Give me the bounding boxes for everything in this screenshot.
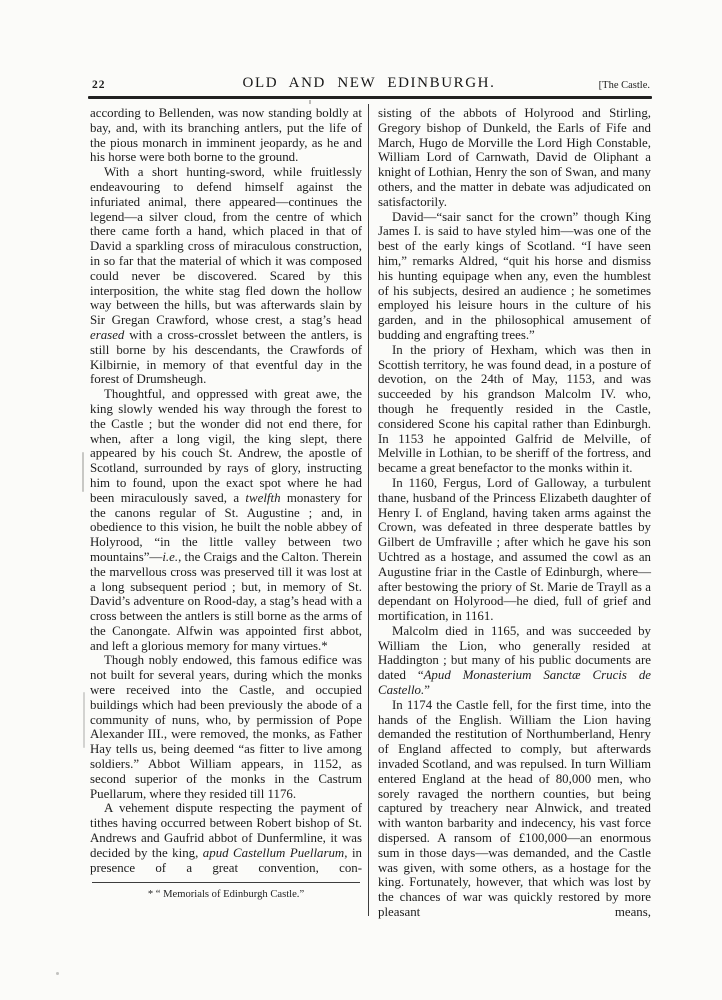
text-run: In the priory of Hexham, which was then … — [378, 343, 651, 475]
book-page: 22 OLD AND NEW EDINBURGH. [The Castle. a… — [0, 0, 722, 1000]
running-title: OLD AND NEW EDINBURGH. — [88, 75, 650, 92]
footnote-separator — [92, 882, 360, 883]
paragraph: Thoughtful, and oppressed with great awe… — [90, 387, 362, 653]
paragraph: In 1160, Fergus, Lord of Galloway, a tur… — [378, 476, 651, 624]
paragraph: according to Bellenden, was now standing… — [90, 106, 362, 165]
running-note: [The Castle. — [599, 80, 650, 91]
scan-artifact — [82, 452, 84, 492]
italic-text-run: twelfth — [245, 491, 280, 505]
paragraph: In the priory of Hexham, which was then … — [378, 343, 651, 476]
text-run: according to Bellenden, was now standing… — [90, 106, 362, 164]
scan-artifact — [83, 692, 85, 748]
left-column: according to Bellenden, was now standing… — [90, 106, 362, 903]
text-run: with a cross-crosslet between the antler… — [90, 328, 362, 386]
column-divider — [368, 104, 369, 916]
text-run: sisting of the abbots of Holyrood and St… — [378, 106, 651, 209]
text-run: In 1174 the Castle fell, for the first t… — [378, 698, 651, 919]
text-run: In 1160, Fergus, Lord of Galloway, a tur… — [378, 476, 651, 623]
italic-text-run: apud Castellum Puellarum — [203, 846, 344, 860]
text-run: David—“sair sanct for the crown” though … — [378, 210, 651, 342]
italic-text-run: erased — [90, 328, 124, 342]
footnote: * “ Memorials of Edinburgh Castle.” — [90, 888, 362, 903]
paragraph: sisting of the abbots of Holyrood and St… — [378, 106, 651, 210]
paragraph: Malcolm died in 1165, and was succeeded … — [378, 624, 651, 698]
italic-text-run: i.e. — [162, 550, 178, 564]
paragraph: A vehement dispute respecting the paymen… — [90, 801, 362, 875]
paragraph: With a short hunting-sword, while fruitl… — [90, 165, 362, 387]
running-head: 22 OLD AND NEW EDINBURGH. [The Castle. — [88, 70, 650, 94]
scan-artifact — [56, 972, 59, 975]
scan-artifact — [309, 100, 311, 104]
paragraph: In 1174 the Castle fell, for the first t… — [378, 698, 651, 920]
paragraph: David—“sair sanct for the crown” though … — [378, 210, 651, 343]
right-column: sisting of the abbots of Holyrood and St… — [378, 106, 651, 920]
text-run: With a short hunting-sword, while fruitl… — [90, 165, 362, 327]
text-run: , the Craigs and the Calton. Therein the… — [90, 550, 362, 653]
paragraph: Though nobly endowed, this famous edific… — [90, 653, 362, 801]
text-run: Thoughtful, and oppressed with great awe… — [90, 387, 362, 505]
text-run: ” — [424, 683, 430, 697]
text-run: Though nobly endowed, this famous edific… — [90, 653, 362, 800]
header-rule — [88, 96, 652, 99]
